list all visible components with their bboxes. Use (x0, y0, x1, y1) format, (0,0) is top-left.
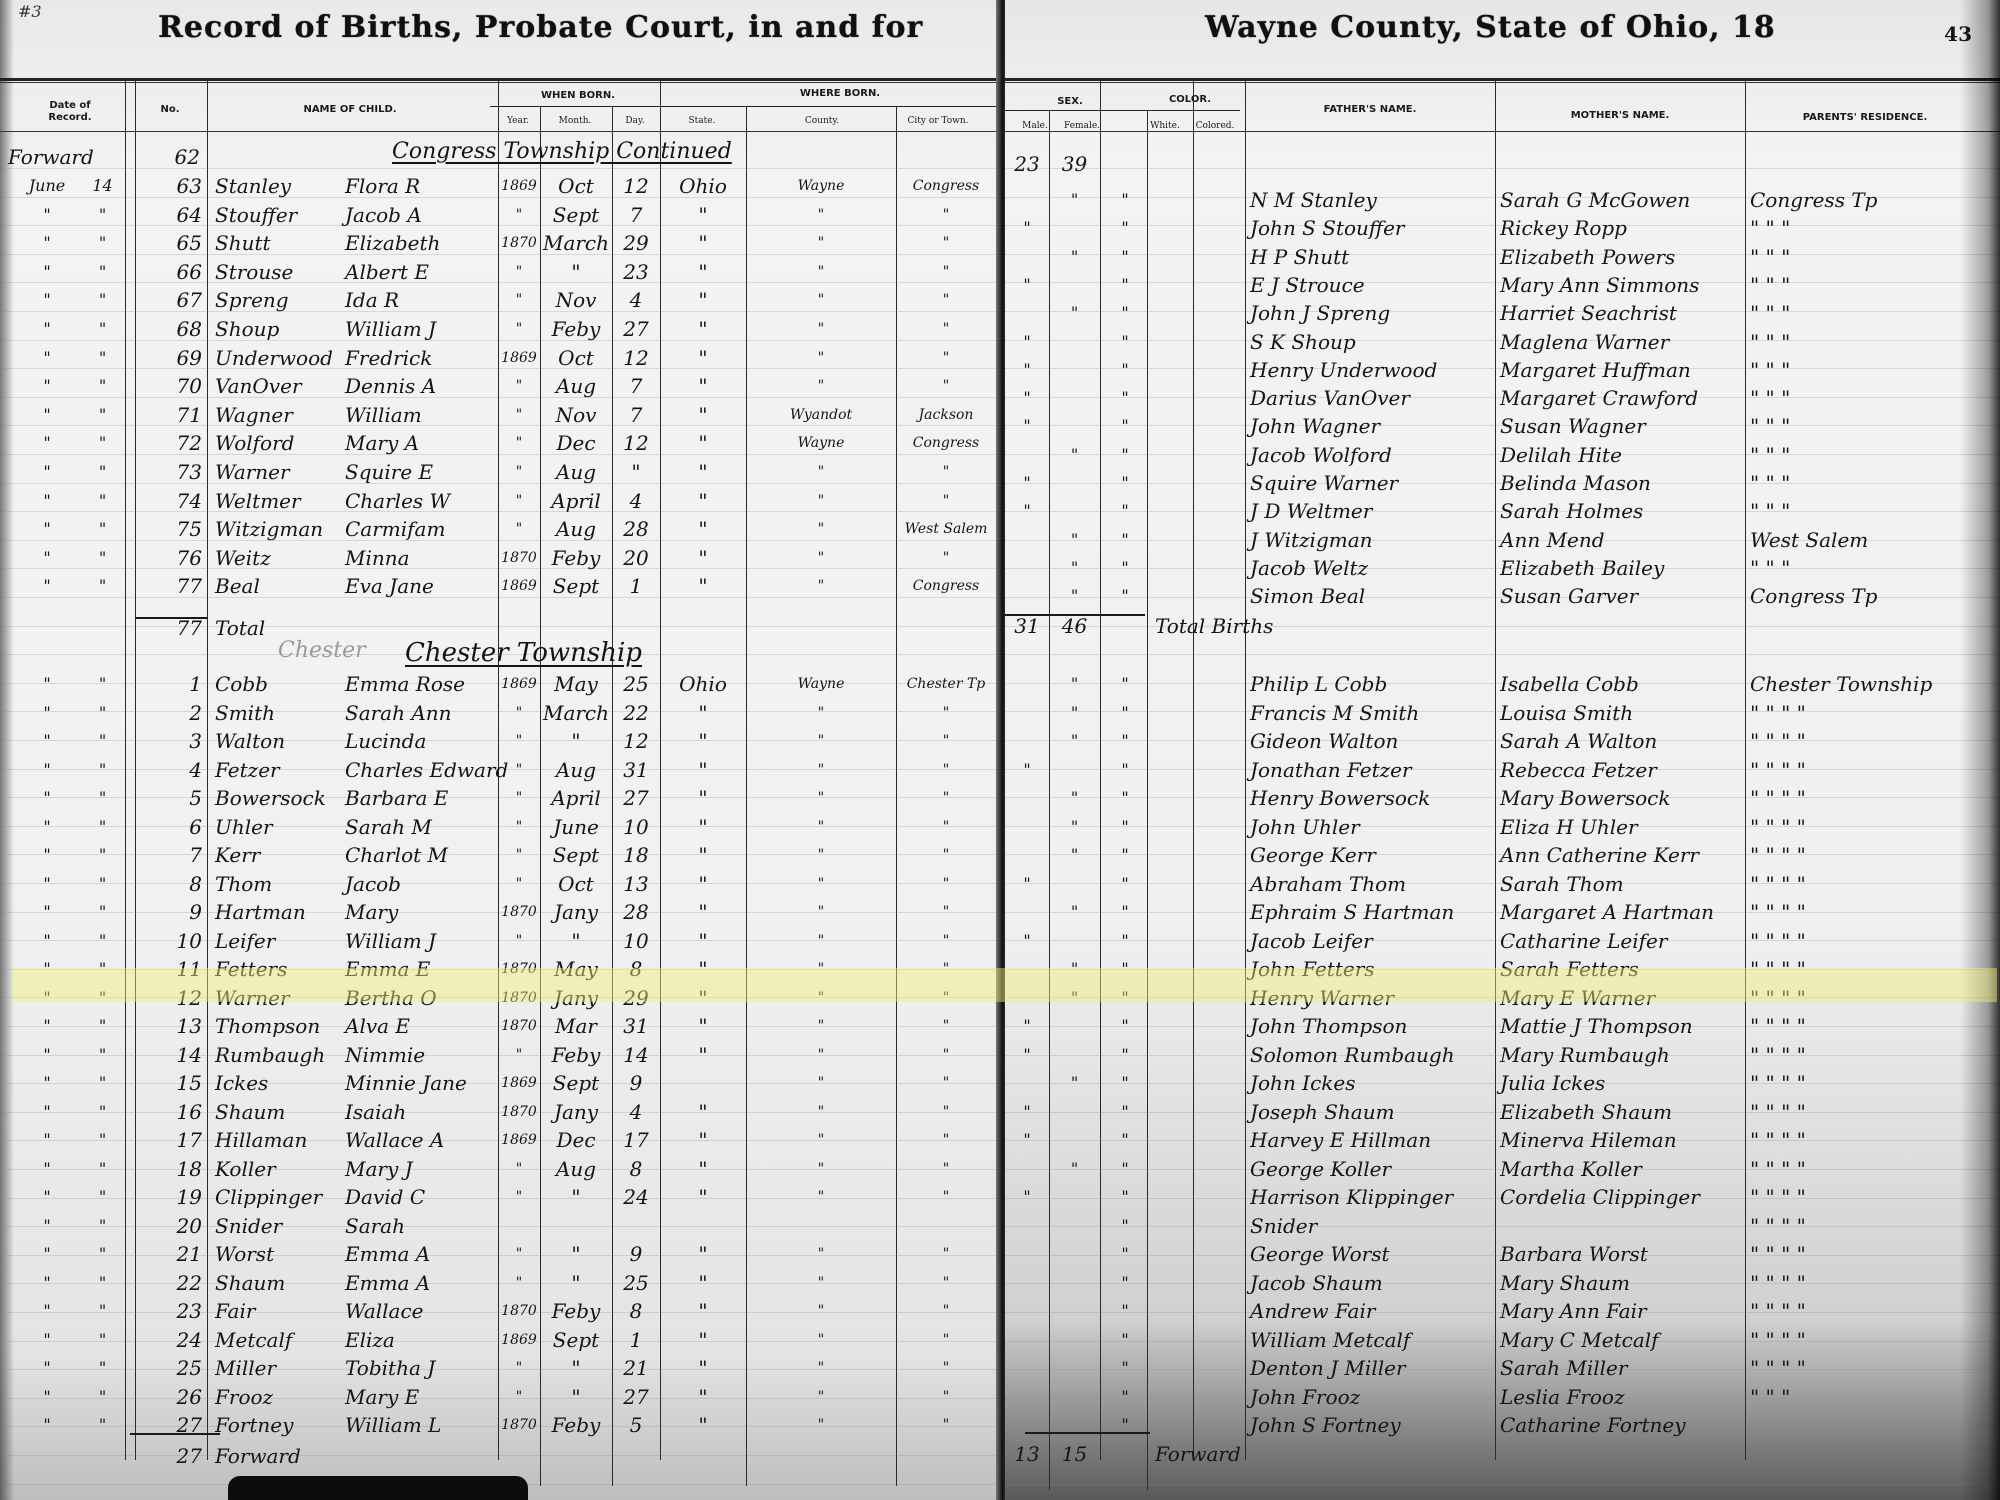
birth-county: " (746, 572, 896, 600)
sex-female: " (1049, 1069, 1100, 1097)
birth-year: " (498, 429, 540, 457)
child-given-name: William (345, 401, 495, 429)
birth-state: " (660, 458, 746, 486)
birth-day: 4 (612, 487, 660, 515)
header-name-of-child: NAME OF CHILD. (210, 104, 490, 116)
parents-residence: Congress Tp (1750, 186, 1980, 214)
record-row: ""20SniderSarah (0, 1212, 1000, 1240)
record-month: " (12, 458, 82, 486)
parent-row: "Denton J MillerSarah Miller" " " " (1005, 1354, 2000, 1382)
birth-county: Wayne (746, 429, 896, 457)
parents-residence: " " " " (1750, 1297, 1980, 1325)
child-given-name: Mary (345, 898, 495, 926)
birth-state: " (660, 372, 746, 400)
record-row: ""72WolfordMary A"Dec12"WayneCongress (0, 429, 1000, 457)
birth-county: " (746, 344, 896, 372)
color-white: " (1105, 243, 1145, 271)
birth-state: " (660, 1012, 746, 1040)
birth-town: " (896, 898, 996, 926)
header-where-born: WHERE BORN. (740, 88, 940, 100)
sex-male (1005, 299, 1049, 327)
parent-row: "Jacob ShaumMary Shaum" " " " (1005, 1269, 2000, 1297)
parent-row: ""E J StrouceMary Ann Simmons" " " (1005, 271, 2000, 299)
child-surname: Shaum (215, 1098, 345, 1126)
parents-residence: " " " (1750, 497, 1980, 525)
parent-row: "John S FortneyCatharine Fortney (1005, 1411, 2000, 1439)
child-surname: Thompson (215, 1012, 345, 1040)
birth-year: " (498, 1354, 540, 1382)
birth-year: " (498, 1041, 540, 1069)
birth-town: " (896, 1098, 996, 1126)
parent-row: ""John WagnerSusan Wagner" " " (1005, 412, 2000, 440)
sex-male: " (1005, 412, 1049, 440)
record-month: " (12, 1098, 82, 1126)
record-month: " (12, 1269, 82, 1297)
color-white: " (1105, 1069, 1145, 1097)
record-row: ""16ShaumIsaiah1870Jany4""" (0, 1098, 1000, 1126)
record-day: " (80, 229, 125, 257)
record-row: ""76WeitzMinna1870Feby20""" (0, 544, 1000, 572)
sex-female (1049, 1212, 1100, 1240)
birth-day: 31 (612, 756, 660, 784)
parent-row: ""Harvey E HillmanMinerva Hileman" " " " (1005, 1126, 2000, 1154)
child-given-name: William L (345, 1411, 495, 1439)
child-surname: Shutt (215, 229, 345, 257)
color-white: " (1105, 727, 1145, 755)
birth-state: " (660, 1326, 746, 1354)
birth-month: " (540, 1240, 612, 1268)
child-surname: Wolford (215, 429, 345, 457)
birth-year: " (498, 515, 540, 543)
birth-town: " (896, 1269, 996, 1297)
child-surname: Beal (215, 572, 345, 600)
birth-year: " (498, 201, 540, 229)
birth-month: " (540, 1354, 612, 1382)
birth-month: April (540, 784, 612, 812)
sex-male (1005, 1411, 1049, 1439)
mother-name: Isabella Cobb (1500, 670, 1745, 698)
birth-town: " (896, 1069, 996, 1097)
parent-row: ""Joseph ShaumElizabeth Shaum" " " " (1005, 1098, 2000, 1126)
sex-male: " (1005, 214, 1049, 242)
record-month: " (12, 1326, 82, 1354)
record-day: " (80, 1326, 125, 1354)
birth-month: " (540, 927, 612, 955)
birth-year: " (498, 813, 540, 841)
birth-year: 1870 (498, 1411, 540, 1439)
birth-town: Congress (896, 429, 996, 457)
birth-day: 12 (612, 172, 660, 200)
birth-month: Aug (540, 372, 612, 400)
record-number: 15 (140, 1069, 202, 1097)
record-day: " (80, 1041, 125, 1069)
record-number: 3 (140, 727, 202, 755)
parent-row: ""Jacob WeltzElizabeth Bailey" " " (1005, 554, 2000, 582)
child-surname: Stanley (215, 172, 345, 200)
record-day: " (80, 344, 125, 372)
forward-count: 27 (140, 1442, 202, 1470)
father-name: Jacob Leifer (1250, 927, 1495, 955)
record-day: " (80, 429, 125, 457)
forward-counts-row: 2339 (1005, 150, 2000, 178)
sex-male (1005, 898, 1049, 926)
record-number: 8 (140, 870, 202, 898)
birth-state: " (660, 784, 746, 812)
parents-residence: " " " " (1750, 1155, 1980, 1183)
birth-county: " (746, 1411, 896, 1439)
header-color: COLOR. (1140, 94, 1240, 106)
section-title: Congress Township Continued (392, 139, 732, 164)
birth-town: " (896, 756, 996, 784)
child-given-name: Elizabeth (345, 229, 495, 257)
birth-year: " (498, 315, 540, 343)
child-given-name: Emma Rose (345, 670, 495, 698)
child-given-name: Dennis A (345, 372, 495, 400)
father-name: Abraham Thom (1250, 870, 1495, 898)
birth-state: " (660, 898, 746, 926)
sex-female (1049, 1383, 1100, 1411)
sex-female (1049, 1240, 1100, 1268)
birth-year: 1869 (498, 1069, 540, 1097)
father-name: Darius VanOver (1250, 384, 1495, 412)
record-row: ""71WagnerWilliam"Nov7"WyandotJackson (0, 401, 1000, 429)
male-forward: 13 (1005, 1440, 1049, 1468)
record-month: " (12, 1069, 82, 1097)
birth-town: " (896, 258, 996, 286)
birth-month: " (540, 1183, 612, 1211)
record-row: ""77BealEva Jane1869Sept1""Congress (0, 572, 1000, 600)
sex-male (1005, 1155, 1049, 1183)
record-row: ""10LeiferWilliam J""10""" (0, 927, 1000, 955)
record-number: 25 (140, 1354, 202, 1382)
sex-female (1049, 497, 1100, 525)
birth-month: Sept (540, 841, 612, 869)
record-day: " (80, 401, 125, 429)
sex-female (1049, 356, 1100, 384)
birth-year: " (498, 870, 540, 898)
parents-residence: " " " " (1750, 1212, 1980, 1240)
birth-state: " (660, 841, 746, 869)
color-white: " (1105, 1183, 1145, 1211)
record-day: " (80, 784, 125, 812)
record-number: 22 (140, 1269, 202, 1297)
birth-day: 22 (612, 699, 660, 727)
record-number: 76 (140, 544, 202, 572)
birth-county: " (746, 1354, 896, 1382)
birth-day: 28 (612, 515, 660, 543)
birth-year: 1870 (498, 898, 540, 926)
record-row: ""15IckesMinnie Jane1869Sept9"" (0, 1069, 1000, 1097)
record-day: " (80, 1126, 125, 1154)
child-given-name: Charles Edward (345, 756, 495, 784)
birth-county: " (746, 813, 896, 841)
child-given-name: Eva Jane (345, 572, 495, 600)
parents-residence: " " " (1750, 299, 1980, 327)
parents-residence: Congress Tp (1750, 582, 1980, 610)
parent-row: "Andrew FairMary Ann Fair" " " " (1005, 1297, 2000, 1325)
page-edge-shadow (1960, 0, 2000, 1500)
birth-month: Feby (540, 1411, 612, 1439)
parents-residence: " " " (1750, 214, 1980, 242)
record-month: June (12, 172, 82, 200)
parent-row: ""Francis M SmithLouisa Smith" " " " (1005, 699, 2000, 727)
header-rule (1005, 78, 2000, 83)
record-day: " (80, 898, 125, 926)
sex-female: " (1049, 186, 1100, 214)
father-name: Snider (1250, 1212, 1495, 1240)
birth-day: 12 (612, 727, 660, 755)
birth-state: " (660, 1155, 746, 1183)
record-month: " (12, 1183, 82, 1211)
child-given-name: Sarah (345, 1212, 495, 1240)
birth-year: " (498, 699, 540, 727)
parent-row: "William MetcalfMary C Metcalf" " " " (1005, 1326, 2000, 1354)
birth-year: " (498, 1183, 540, 1211)
record-month: " (12, 1297, 82, 1325)
birth-state: " (660, 699, 746, 727)
color-white: " (1105, 469, 1145, 497)
parents-residence: " " " " (1750, 870, 1980, 898)
record-month: " (12, 670, 82, 698)
record-month: " (12, 572, 82, 600)
birth-month: Jany (540, 898, 612, 926)
father-name: Simon Beal (1250, 582, 1495, 610)
parent-row: ""Solomon RumbaughMary Rumbaugh" " " " (1005, 1041, 2000, 1069)
record-month: " (12, 544, 82, 572)
child-given-name: William J (345, 315, 495, 343)
birth-day: 10 (612, 813, 660, 841)
birth-town: " (896, 841, 996, 869)
record-day: " (80, 458, 125, 486)
color-white: " (1105, 441, 1145, 469)
child-surname: Frooz (215, 1383, 345, 1411)
birth-year: " (498, 1269, 540, 1297)
birth-day: 4 (612, 286, 660, 314)
parents-residence: " " " " (1750, 756, 1980, 784)
sex-male (1005, 554, 1049, 582)
color-white: " (1105, 1012, 1145, 1040)
birth-month: March (540, 699, 612, 727)
birth-county: " (746, 315, 896, 343)
birth-month: Feby (540, 544, 612, 572)
record-day: " (80, 487, 125, 515)
mother-name: Susan Wagner (1500, 412, 1745, 440)
record-number: 16 (140, 1098, 202, 1126)
parents-residence: Chester Township (1750, 670, 1980, 698)
parents-residence: " " " " (1750, 1269, 1980, 1297)
sex-female: " (1049, 898, 1100, 926)
father-name: Harvey E Hillman (1250, 1126, 1495, 1154)
corner-note: #3 (18, 2, 42, 21)
sex-male (1005, 243, 1049, 271)
birth-year: 1869 (498, 670, 540, 698)
father-name: Ephraim S Hartman (1250, 898, 1495, 926)
header-city-or-town: City or Town. (898, 115, 978, 127)
sex-female: " (1049, 670, 1100, 698)
sex-female (1049, 1126, 1100, 1154)
sex-female (1049, 384, 1100, 412)
color-white: " (1105, 1269, 1145, 1297)
mother-name: Mary Ann Fair (1500, 1297, 1745, 1325)
birth-day: 4 (612, 1098, 660, 1126)
birth-year: 1870 (498, 1297, 540, 1325)
parent-row: ""Harrison KlippingerCordelia Clippinger… (1005, 1183, 2000, 1211)
birth-month: " (540, 258, 612, 286)
birth-town: Chester Tp (896, 670, 996, 698)
record-day: " (80, 286, 125, 314)
child-surname: Hillaman (215, 1126, 345, 1154)
record-row: ""69UnderwoodFredrick1869Oct12""" (0, 344, 1000, 372)
header-county: County. (748, 115, 896, 127)
father-name: Jacob Weltz (1250, 554, 1495, 582)
record-number: 65 (140, 229, 202, 257)
sex-male: " (1005, 927, 1049, 955)
birth-county: " (746, 1240, 896, 1268)
birth-day: 23 (612, 258, 660, 286)
child-given-name: Albert E (345, 258, 495, 286)
child-surname: Snider (215, 1212, 345, 1240)
birth-town (896, 1212, 996, 1240)
record-number: 17 (140, 1126, 202, 1154)
birth-month: Nov (540, 286, 612, 314)
color-white: " (1105, 756, 1145, 784)
birth-month: Dec (540, 429, 612, 457)
birth-day: 7 (612, 372, 660, 400)
birth-county: " (746, 1069, 896, 1097)
record-row: ""6UhlerSarah M"June10""" (0, 813, 1000, 841)
header-when-born: WHEN BORN. (498, 90, 658, 102)
birth-month: Aug (540, 458, 612, 486)
color-white: " (1105, 699, 1145, 727)
parents-residence: " " " " (1750, 898, 1980, 926)
mother-name: Rickey Ropp (1500, 214, 1745, 242)
birth-state: " (660, 315, 746, 343)
record-month: " (12, 756, 82, 784)
record-month: " (12, 1354, 82, 1382)
birth-day: " (612, 458, 660, 486)
birth-month: Oct (540, 172, 612, 200)
record-row: ""8ThomJacob"Oct13""" (0, 870, 1000, 898)
record-row: ""13ThompsonAlva E1870Mar31""" (0, 1012, 1000, 1040)
header-mothers-name: MOTHER'S NAME. (1495, 110, 1745, 122)
birth-county: " (746, 898, 896, 926)
birth-state: " (660, 1383, 746, 1411)
birth-county: " (746, 1297, 896, 1325)
child-given-name: Squire E (345, 458, 495, 486)
parent-row: ""Darius VanOverMargaret Crawford" " " (1005, 384, 2000, 412)
child-surname: Ickes (215, 1069, 345, 1097)
birth-year: 1869 (498, 1326, 540, 1354)
parent-row: ""John ThompsonMattie J Thompson" " " " (1005, 1012, 2000, 1040)
record-month: " (12, 487, 82, 515)
child-surname: Kerr (215, 841, 345, 869)
male-count: 23 (1005, 150, 1049, 178)
child-given-name: Mary A (345, 429, 495, 457)
birth-day: 21 (612, 1354, 660, 1382)
mother-name: Leslia Frooz (1500, 1383, 1745, 1411)
father-name: Jacob Shaum (1250, 1269, 1495, 1297)
birth-month: Aug (540, 1155, 612, 1183)
birth-state: " (660, 1098, 746, 1126)
birth-town: " (896, 1012, 996, 1040)
birth-town: " (896, 784, 996, 812)
record-number: 19 (140, 1183, 202, 1211)
birth-month: March (540, 229, 612, 257)
record-number: 1 (140, 670, 202, 698)
record-day: " (80, 1212, 125, 1240)
record-day: " (80, 1069, 125, 1097)
sex-female: " (1049, 1155, 1100, 1183)
color-white: " (1105, 1098, 1145, 1126)
child-given-name: Charles W (345, 487, 495, 515)
birth-town: " (896, 1326, 996, 1354)
sex-female (1049, 469, 1100, 497)
record-month: " (12, 372, 82, 400)
birth-day: 12 (612, 344, 660, 372)
color-white: " (1105, 784, 1145, 812)
father-name: Henry Bowersock (1250, 784, 1495, 812)
record-month: " (12, 344, 82, 372)
birth-state: Ohio (660, 172, 746, 200)
section-title: Chester Township (405, 638, 642, 668)
parent-row: ""Simon BealSusan GarverCongress Tp (1005, 582, 2000, 610)
record-row: ""25MillerTobitha J""21""" (0, 1354, 1000, 1382)
sex-female (1049, 271, 1100, 299)
birth-town: " (896, 699, 996, 727)
section-title-draft: Chester (278, 638, 366, 663)
record-month: " (12, 813, 82, 841)
birth-state: " (660, 487, 746, 515)
sex-female: " (1049, 784, 1100, 812)
birth-year: " (498, 401, 540, 429)
color-white: " (1105, 384, 1145, 412)
sex-male: " (1005, 1041, 1049, 1069)
sex-male (1005, 441, 1049, 469)
birth-day: 8 (612, 1297, 660, 1325)
birth-month: Aug (540, 756, 612, 784)
record-number: 14 (140, 1041, 202, 1069)
parents-residence: " " " (1750, 469, 1980, 497)
birth-county: " (746, 201, 896, 229)
sex-male (1005, 526, 1049, 554)
child-given-name: Alva E (345, 1012, 495, 1040)
record-month: " (12, 286, 82, 314)
parent-row: ""John S StoufferRickey Ropp" " " (1005, 214, 2000, 242)
birth-town: Jackson (896, 401, 996, 429)
sex-female (1049, 1354, 1100, 1382)
color-white: " (1105, 1041, 1145, 1069)
record-number: 75 (140, 515, 202, 543)
birth-month: Feby (540, 1041, 612, 1069)
mother-name: Mary Ann Simmons (1500, 271, 1745, 299)
sum-line (130, 1433, 220, 1435)
birth-county: " (746, 544, 896, 572)
birth-state: " (660, 1126, 746, 1154)
father-name: George Koller (1250, 1155, 1495, 1183)
mother-name: Mary C Metcalf (1500, 1326, 1745, 1354)
child-surname: Fair (215, 1297, 345, 1325)
mother-name: Belinda Mason (1500, 469, 1745, 497)
color-white: " (1105, 1240, 1145, 1268)
parents-residence: " " " " (1750, 1240, 1980, 1268)
birth-month: Feby (540, 315, 612, 343)
mother-name: Sarah Thom (1500, 870, 1745, 898)
birth-day: 14 (612, 1041, 660, 1069)
record-row: ""5BowersockBarbara E"April27""" (0, 784, 1000, 812)
parent-row: ""George KerrAnn Catherine Kerr" " " " (1005, 841, 2000, 869)
header-month: Month. (540, 115, 610, 127)
color-white: " (1105, 299, 1145, 327)
